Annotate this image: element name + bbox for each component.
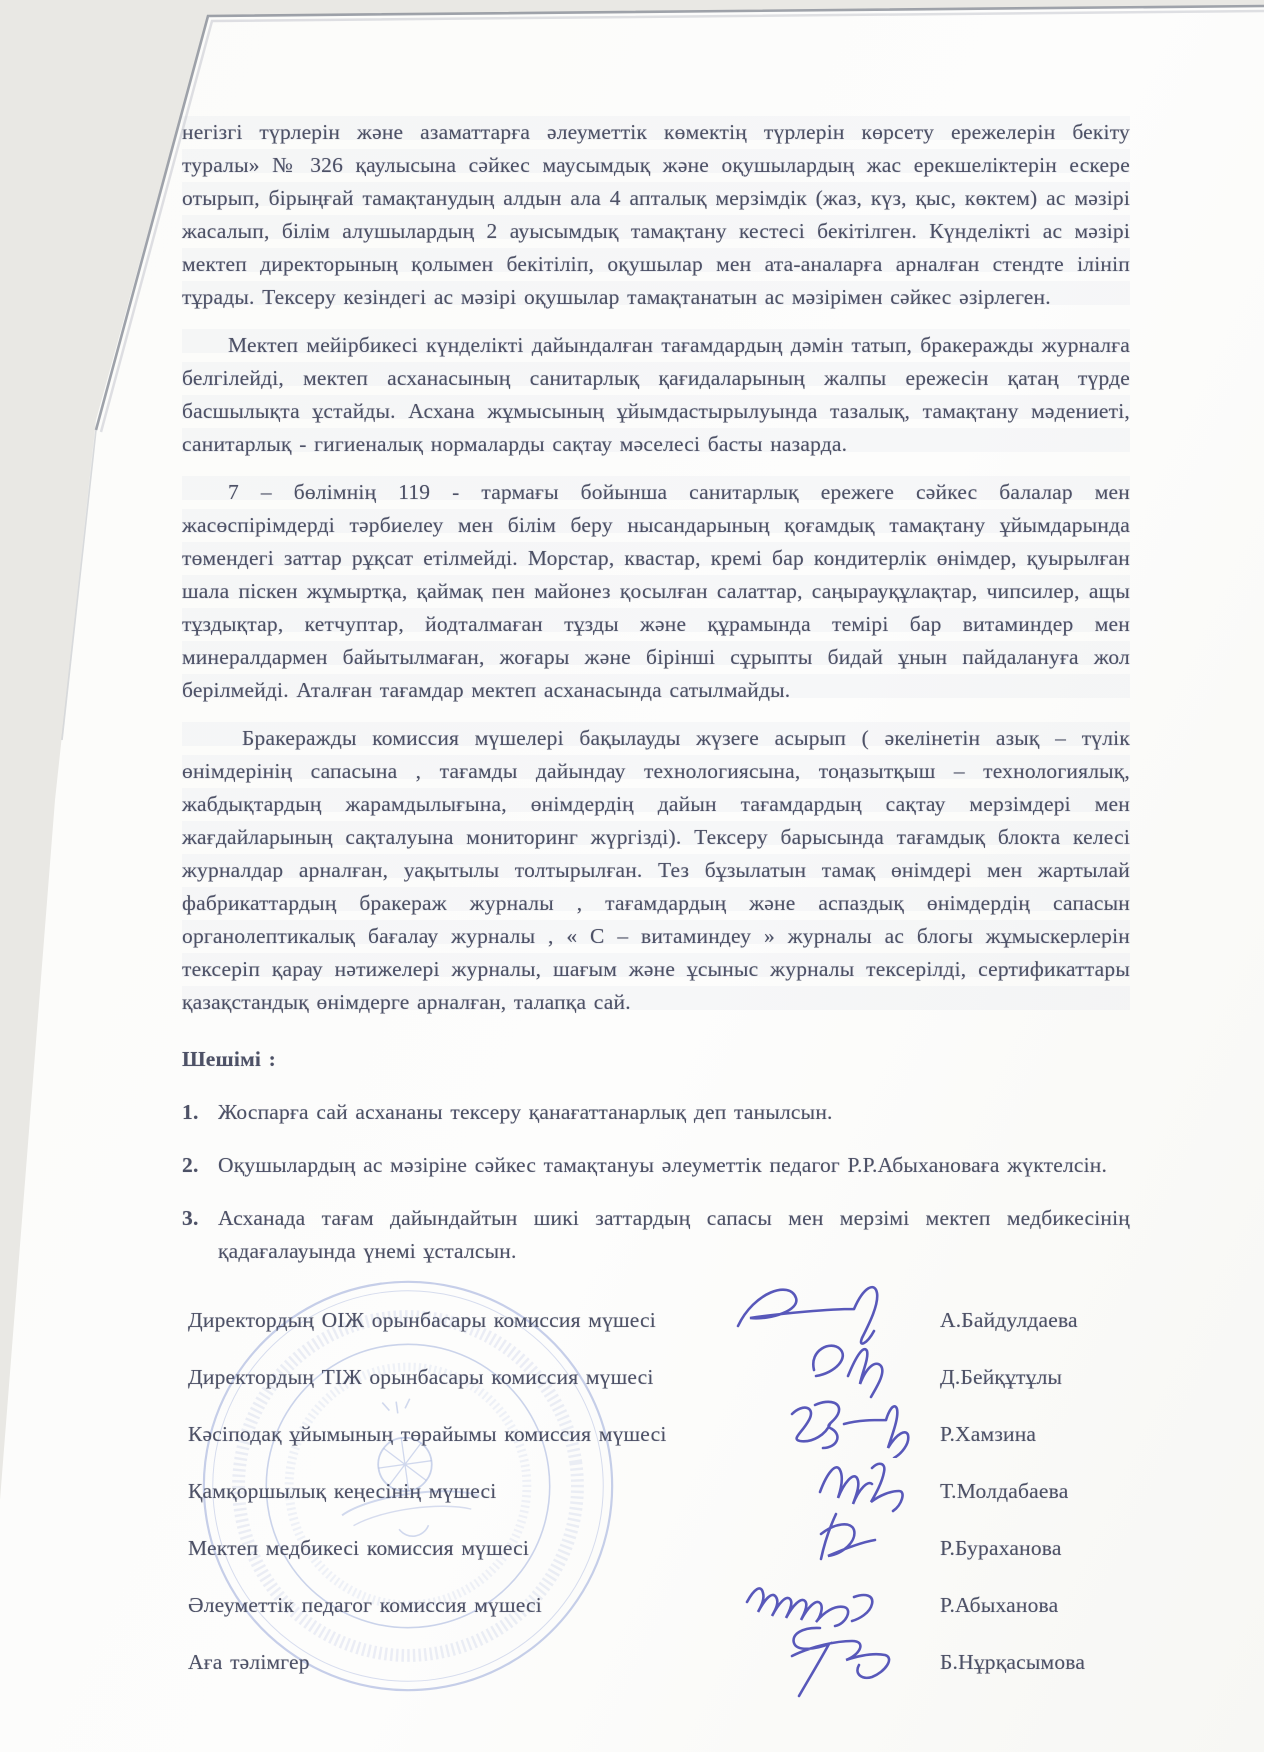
signature-person-name: А.Байдулдаева (940, 1304, 1078, 1337)
signature-section: Директордың ОІЖ орынбасары комиссия мүше… (182, 1292, 1130, 1732)
signature-row: Мектеп медбикесі комиссия мүшесі Р.Бурах… (182, 1520, 1130, 1577)
decision-text: Асханада тағам дайындайтын шикі заттарды… (218, 1202, 1130, 1268)
signature-person-name: Д.Бейқұтұлы (940, 1361, 1062, 1394)
signature-row: Қамқоршылық кеңесінің мүшесі Т.Молдабаев… (182, 1463, 1130, 1520)
signature-person-name: Р.Хамзина (940, 1418, 1036, 1451)
signature-role-label: Директордың ОІЖ орынбасары комиссия мүше… (182, 1304, 656, 1337)
decision-text: Жоспарға сай асхананы тексеру қанағаттан… (218, 1096, 1130, 1129)
signature-row: Директордың ТІЖ орынбасары комиссия мүше… (182, 1349, 1130, 1406)
scanned-document-page: негізгі түрлерін және азаматтарға әлеуме… (0, 0, 1264, 1752)
document-body: негізгі түрлерін және азаматтарға әлеуме… (182, 116, 1130, 1732)
decision-text: Оқушылардың ас мәзіріне сәйкес тамақтану… (218, 1149, 1130, 1182)
signature-row: Аға тәлімгер Б.Нұрқасымова (182, 1634, 1130, 1691)
signature-row: Әлеуметтік педагог комиссия мүшесі Р.Абы… (182, 1577, 1130, 1634)
signature-person-name: Т.Молдабаева (940, 1475, 1068, 1508)
decision-number: 2. (182, 1149, 218, 1182)
signature-role-label: Директордың ТІЖ орынбасары комиссия мүше… (182, 1361, 654, 1394)
signature-person-name: Р.Бураханова (940, 1532, 1062, 1565)
signature-role-label: Аға тәлімгер (182, 1646, 310, 1679)
signature-role-label: Кәсіподақ ұйымының төрайымы комиссия мүш… (182, 1418, 667, 1451)
paragraph-continuation: негізгі түрлерін және азаматтарға әлеуме… (182, 116, 1130, 314)
paragraph-sanitary-rules: 7 – бөлімнің 119 - тармағы бойынша санит… (182, 476, 1130, 707)
signature-role-label: Әлеуметтік педагог комиссия мүшесі (182, 1589, 542, 1622)
decision-item: 1. Жоспарға сай асхананы тексеру қанағат… (182, 1096, 1130, 1129)
paragraph-commission-monitoring: Бракеражды комиссия мүшелері бақылауды ж… (182, 722, 1130, 1019)
decision-number: 1. (182, 1096, 218, 1129)
decision-number: 3. (182, 1202, 218, 1268)
signature-row: Директордың ОІЖ орынбасары комиссия мүше… (182, 1292, 1130, 1349)
signature-role-label: Мектеп медбикесі комиссия мүшесі (182, 1532, 529, 1565)
signature-row: Кәсіподақ ұйымының төрайымы комиссия мүш… (182, 1406, 1130, 1463)
signature-role-label: Қамқоршылық кеңесінің мүшесі (182, 1475, 496, 1508)
decision-item: 2. Оқушылардың ас мәзіріне сәйкес тамақт… (182, 1149, 1130, 1182)
decision-item: 3. Асханада тағам дайындайтын шикі затта… (182, 1202, 1130, 1268)
signature-person-name: Р.Абыханова (940, 1589, 1058, 1622)
paragraph-nurse-duties: Мектеп мейірбикесі күнделікті дайындалға… (182, 329, 1130, 461)
decision-heading: Шешімі : (182, 1043, 1130, 1076)
signature-person-name: Б.Нұрқасымова (940, 1646, 1085, 1679)
